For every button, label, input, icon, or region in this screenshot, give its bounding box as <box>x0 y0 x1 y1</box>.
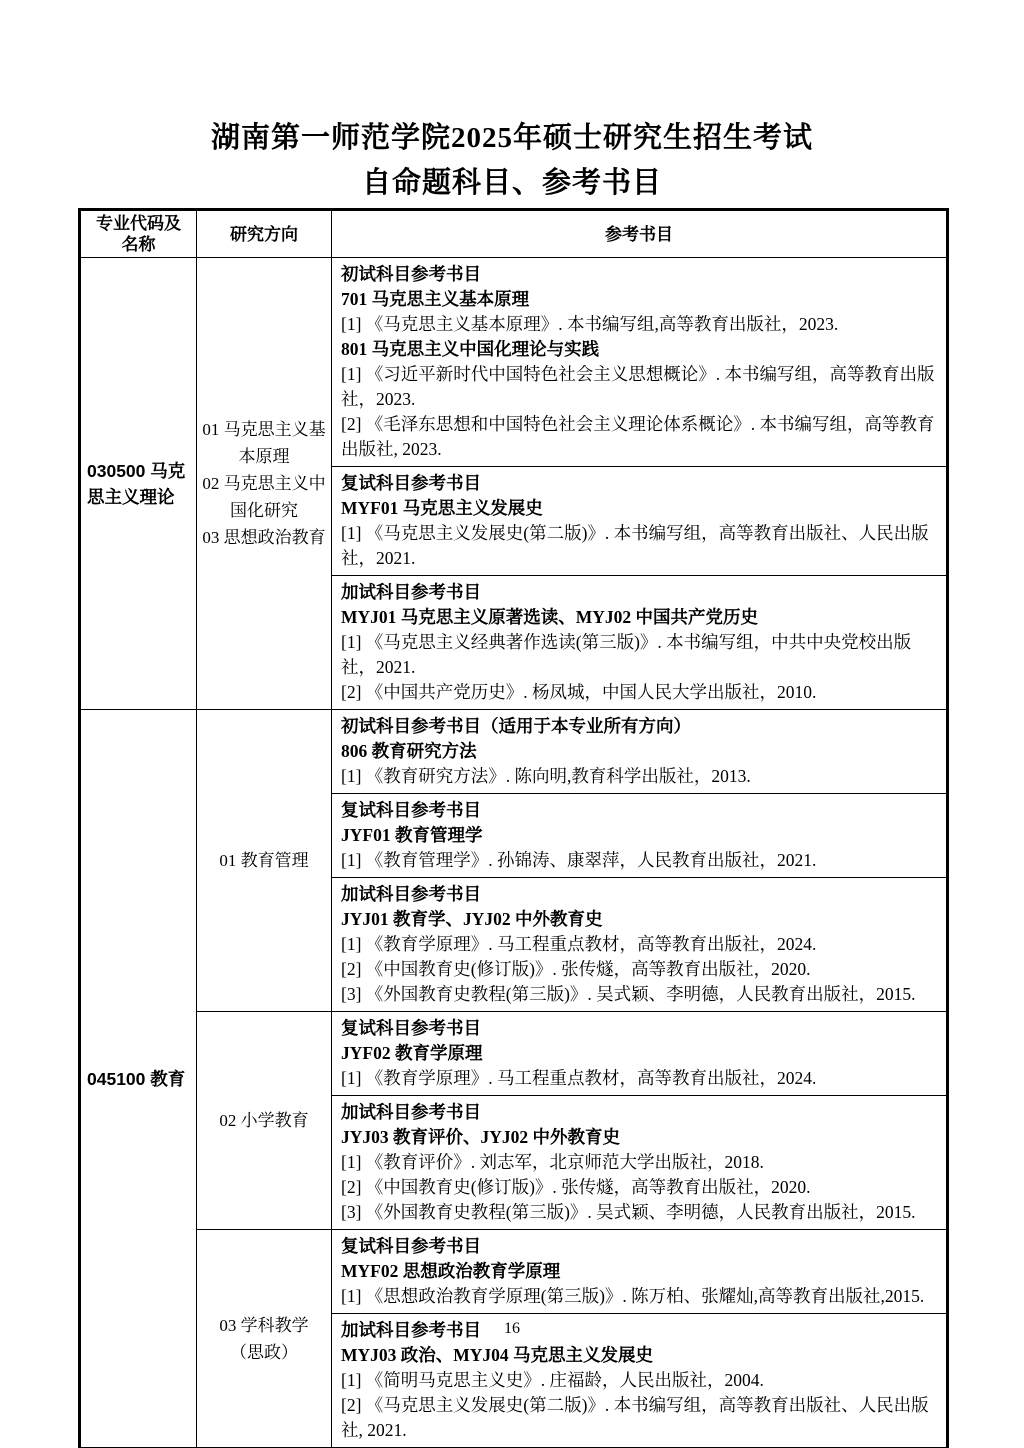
ref-section-030500-jiashi: 加试科目参考书目MYJ01 马克思主义原著选读、MYJ02 中国共产党历史[1]… <box>332 576 948 710</box>
reference-line: MYF02 思想政治教育学原理 <box>341 1259 938 1284</box>
reference-line: 806 教育研究方法 <box>341 739 938 764</box>
ref-section-045100-01-jiashi: 加试科目参考书目JYJ01 教育学、JYJ02 中外教育史[1] 《教育学原理》… <box>332 878 948 1012</box>
table-row: 045100 教育 01 教育管理 初试科目参考书目（适用于本专业所有方向）80… <box>80 710 948 794</box>
reference-line: 复试科目参考书目 <box>341 798 938 823</box>
ref-section-045100-01-fushi: 复试科目参考书目JYF01 教育管理学[1] 《教育管理学》. 孙锦涛、康翠萍，… <box>332 794 948 878</box>
direction-cell-045100-01: 01 教育管理 <box>197 710 332 1012</box>
reference-line: [2] 《中国共产党历史》. 杨凤城，中国人民大学出版社，2010. <box>341 680 938 705</box>
header-reference-books: 参考书目 <box>332 210 948 258</box>
document-page: 湖南第一师范学院2025年硕士研究生招生考试 自命题科目、参考书目 专业代码及名… <box>0 0 1024 1448</box>
header-research-direction: 研究方向 <box>197 210 332 258</box>
document-title: 湖南第一师范学院2025年硕士研究生招生考试 自命题科目、参考书目 <box>0 116 1024 206</box>
reference-line: [1] 《教育评价》. 刘志军，北京师范大学出版社，2018. <box>341 1150 938 1175</box>
table-row: 030500 马克思主义理论 01 马克思主义基本原理02 马克思主义中国化研究… <box>80 258 948 467</box>
reference-line: [1] 《教育研究方法》. 陈向明,教育科学出版社，2013. <box>341 764 938 789</box>
ref-section-045100-01-chushi: 初试科目参考书目（适用于本专业所有方向）806 教育研究方法[1] 《教育研究方… <box>332 710 948 794</box>
reference-line: [1] 《习近平新时代中国特色社会主义思想概论》. 本书编写组，高等教育出版社，… <box>341 362 938 412</box>
ref-section-045100-02-fushi: 复试科目参考书目JYF02 教育学原理[1] 《教育学原理》. 马工程重点教材，… <box>332 1012 948 1096</box>
research-direction-item: 02 马克思主义中国化研究 <box>202 470 326 524</box>
research-direction-item: 01 教育管理 <box>202 847 326 874</box>
reference-line: [1] 《马克思主义经典著作选读(第三版)》. 本书编写组，中共中央党校出版社，… <box>341 630 938 680</box>
reference-line: 加试科目参考书目 <box>341 1100 938 1125</box>
reference-line: [2] 《中国教育史(修订版)》. 张传燧，高等教育出版社，2020. <box>341 957 938 982</box>
research-direction-item: 02 小学教育 <box>202 1107 326 1134</box>
reference-line: [1] 《思想政治教育学原理(第三版)》. 陈万柏、张耀灿,高等教育出版社,20… <box>341 1284 938 1309</box>
reference-line: 初试科目参考书目（适用于本专业所有方向） <box>341 714 938 739</box>
reference-line: JYJ03 教育评价、JYJ02 中外教育史 <box>341 1125 938 1150</box>
reference-line: [3] 《外国教育史教程(第三版)》. 吴式颖、李明德，人民教育出版社，2015… <box>341 1200 938 1225</box>
reference-line: [3] 《外国教育史教程(第三版)》. 吴式颖、李明德，人民教育出版社，2015… <box>341 982 938 1007</box>
header-major-code: 专业代码及名称 <box>80 210 197 258</box>
reference-line: 复试科目参考书目 <box>341 1016 938 1041</box>
ref-section-030500-fushi: 复试科目参考书目MYF01 马克思主义发展史[1] 《马克思主义发展史(第二版)… <box>332 467 948 576</box>
reference-line: 复试科目参考书目 <box>341 471 938 496</box>
direction-cell-045100-02: 02 小学教育 <box>197 1012 332 1230</box>
title-line-2: 自命题科目、参考书目 <box>0 161 1024 206</box>
reference-line: [1] 《马克思主义发展史(第二版)》. 本书编写组，高等教育出版社、人民出版社… <box>341 521 938 571</box>
reference-line: [2] 《中国教育史(修订版)》. 张传燧，高等教育出版社，2020. <box>341 1175 938 1200</box>
reference-line: MYF01 马克思主义发展史 <box>341 496 938 521</box>
reference-line: JYJ01 教育学、JYJ02 中外教育史 <box>341 907 938 932</box>
program-code-030500: 030500 马克思主义理论 <box>80 258 197 710</box>
reference-line: [2] 《马克思主义发展史(第二版)》. 本书编写组，高等教育出版社、人民出版社… <box>341 1393 938 1443</box>
direction-cell-030500: 01 马克思主义基本原理02 马克思主义中国化研究03 思想政治教育 <box>197 258 332 710</box>
reference-line: [2] 《毛泽东思想和中国特色社会主义理论体系概论》. 本书编写组，高等教育出版… <box>341 412 938 462</box>
ref-section-030500-chushi: 初试科目参考书目701 马克思主义基本原理[1] 《马克思主义基本原理》. 本书… <box>332 258 948 467</box>
direction-cell-045100-03: 03 学科教学 （思政） <box>197 1230 332 1448</box>
reference-line: [1] 《教育学原理》. 马工程重点教材，高等教育出版社，2024. <box>341 1066 938 1091</box>
ref-section-045100-03-fushi: 复试科目参考书目MYF02 思想政治教育学原理[1] 《思想政治教育学原理(第三… <box>332 1230 948 1314</box>
reference-line: 初试科目参考书目 <box>341 262 938 287</box>
reference-line: [1] 《教育管理学》. 孙锦涛、康翠萍，人民教育出版社，2021. <box>341 848 938 873</box>
reference-line: MYJ03 政治、MYJ04 马克思主义发展史 <box>341 1343 938 1368</box>
page-number: 16 <box>0 1320 1024 1338</box>
reference-line: JYF02 教育学原理 <box>341 1041 938 1066</box>
reference-line: [1] 《马克思主义基本原理》. 本书编写组,高等教育出版社，2023. <box>341 312 938 337</box>
ref-section-045100-02-jiashi: 加试科目参考书目JYJ03 教育评价、JYJ02 中外教育史[1] 《教育评价》… <box>332 1096 948 1230</box>
reference-line: [1] 《简明马克思主义史》. 庄福龄，人民出版社，2004. <box>341 1368 938 1393</box>
reference-line: 加试科目参考书目 <box>341 580 938 605</box>
title-line-1: 湖南第一师范学院2025年硕士研究生招生考试 <box>0 116 1024 161</box>
table-row: 02 小学教育 复试科目参考书目JYF02 教育学原理[1] 《教育学原理》. … <box>80 1012 948 1096</box>
reference-line: JYF01 教育管理学 <box>341 823 938 848</box>
table-header-row: 专业代码及名称 研究方向 参考书目 <box>80 210 948 258</box>
reference-line: 801 马克思主义中国化理论与实践 <box>341 337 938 362</box>
research-direction-item: 01 马克思主义基本原理 <box>202 416 326 470</box>
table-row: 03 学科教学 （思政） 复试科目参考书目MYF02 思想政治教育学原理[1] … <box>80 1230 948 1314</box>
reference-line: 加试科目参考书目 <box>341 882 938 907</box>
reference-line: MYJ01 马克思主义原著选读、MYJ02 中国共产党历史 <box>341 605 938 630</box>
research-direction-item: 03 思想政治教育 <box>202 524 326 551</box>
reference-line: 701 马克思主义基本原理 <box>341 287 938 312</box>
reference-books-table: 专业代码及名称 研究方向 参考书目 030500 马克思主义理论 01 马克思主… <box>78 208 949 1448</box>
reference-line: [1] 《教育学原理》. 马工程重点教材，高等教育出版社，2024. <box>341 932 938 957</box>
reference-line: 复试科目参考书目 <box>341 1234 938 1259</box>
